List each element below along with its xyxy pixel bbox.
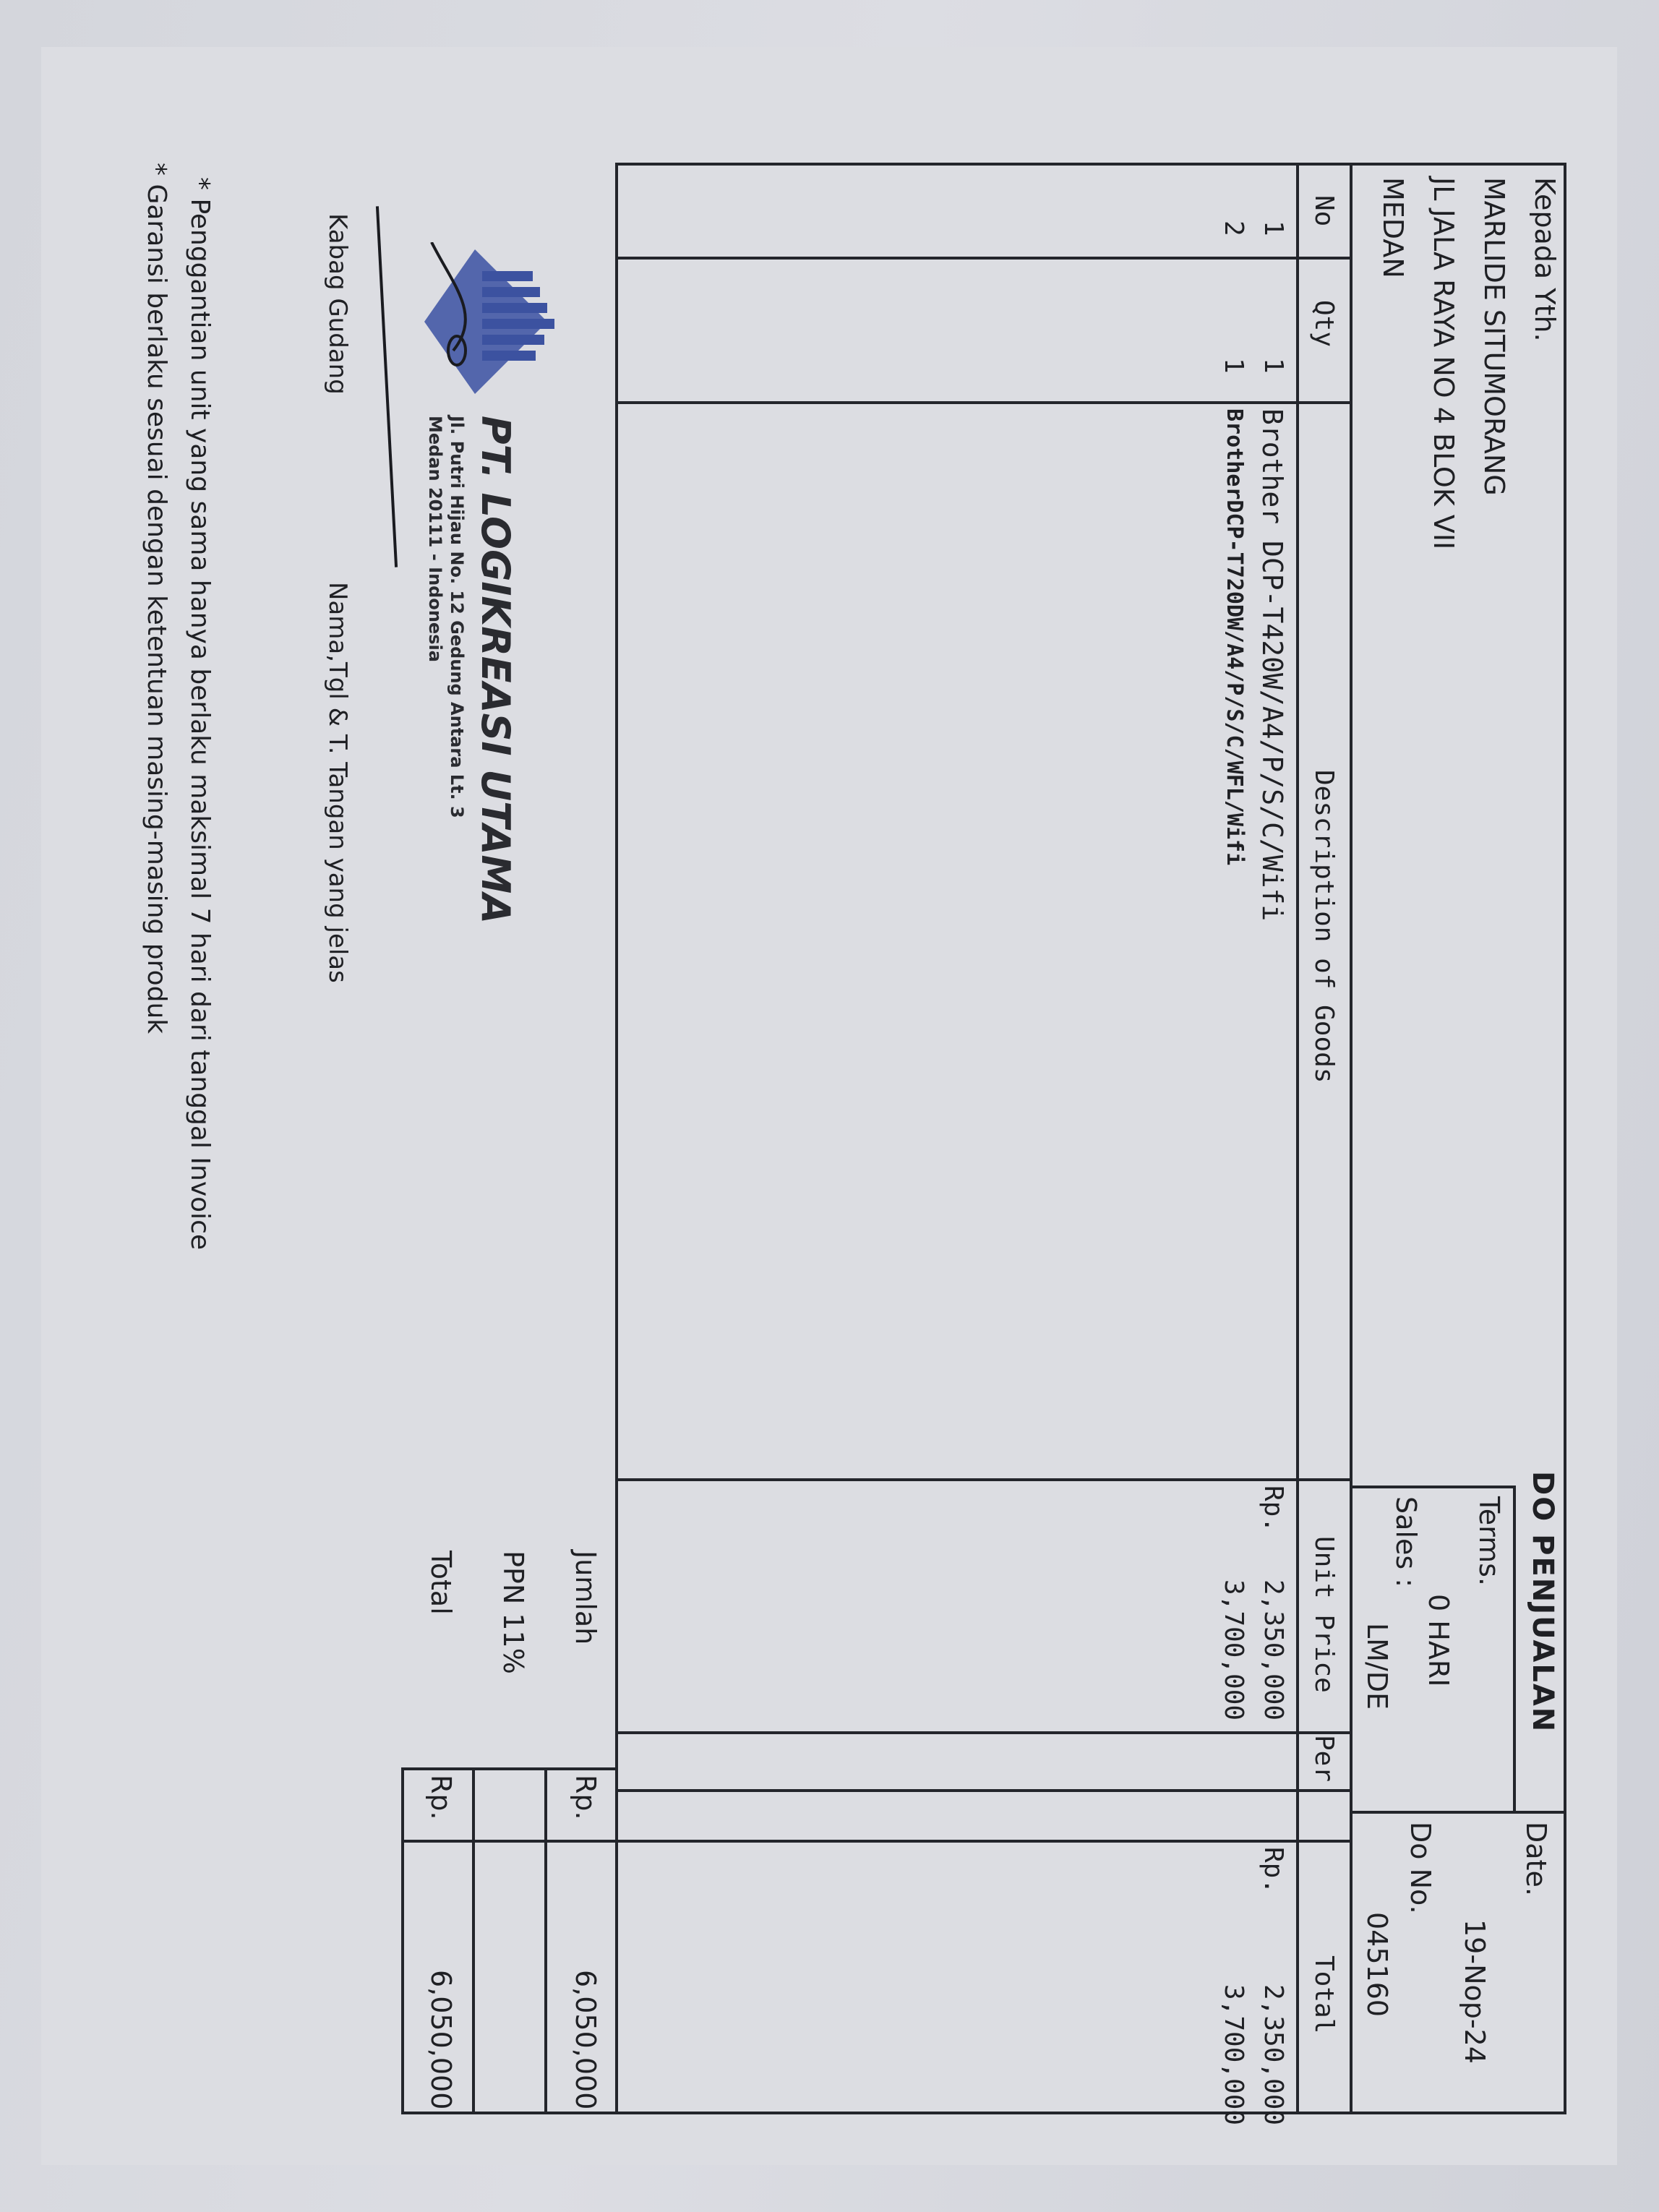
col-divider-price: [615, 1731, 1353, 1734]
company-logo-icon: [417, 242, 562, 401]
terms-label: Terms.: [1473, 1496, 1505, 1586]
col-divider-cur: [615, 1840, 1353, 1843]
col-divider-qty: [615, 401, 1353, 404]
company-name: PT. LOGIKREASI UTAMA: [473, 416, 518, 924]
sign-hint: Nama,Tgl & T. Tangan yang jelas: [323, 582, 352, 983]
summary-divider-1: [544, 1767, 547, 2114]
row-1-total: 2,350,000: [1259, 1984, 1288, 2125]
total-label: Total: [425, 1551, 457, 1615]
delivery-order-paper: DO PENJUALAN Kepada Yth. MARLIDE SITUMOR…: [41, 47, 1617, 2165]
company-address-line2: Medan 20111 - Indonesia: [424, 416, 446, 662]
jumlah-label: Jumlah: [570, 1551, 601, 1645]
do-no-label: Do No.: [1405, 1822, 1436, 1914]
recipient-address: JL JALA RAYA NO 4 BLOK VII: [1428, 177, 1459, 549]
total-currency: Rp.: [425, 1775, 457, 1820]
company-logo: [417, 242, 562, 401]
row-2-description: BrotherDCP-T720DW/A4/P/S/C/WFL/Wifi: [1222, 408, 1247, 865]
header-qty: Qty: [1309, 300, 1339, 347]
header-unit-price: Unit Price: [1309, 1536, 1339, 1693]
row-2-no: 2: [1219, 220, 1248, 236]
ppn-label: PPN 11%: [497, 1551, 529, 1674]
items-header-divider: [1296, 163, 1299, 2114]
company-address-line1: Jl. Putri Hijau No. 12 Gedung Antara Lt.…: [446, 416, 468, 818]
do-no-value: 045160: [1361, 1912, 1393, 2017]
kabag-gudang-label: Kabag Gudang: [323, 213, 352, 395]
row-1-unit-price: 2,350,000: [1259, 1579, 1288, 1720]
note-2: * Garansi berlaku sesuai dengan ketentua…: [142, 163, 171, 1034]
col-divider-per: [615, 1789, 1353, 1792]
col-divider-desc: [615, 1478, 1353, 1481]
row-1-currency: Rp.: [1259, 1486, 1288, 1532]
row-2-total: 3,700,000: [1219, 1984, 1248, 2125]
recipient-name: MARLIDE SITUMORANG: [1478, 177, 1510, 496]
header-total: Total: [1309, 1955, 1339, 2033]
signature-stroke: [376, 206, 398, 567]
row-2-qty: 1: [1219, 358, 1248, 374]
row-2-unit-price: 3,700,000: [1219, 1579, 1248, 1720]
note-1: * Penggantian unit yang sama hanya berla…: [185, 177, 215, 1250]
row-1-description: Brother DCP-T420W/A4/P/S/C/Wifi: [1256, 408, 1288, 921]
row-1-qty: 1: [1259, 358, 1288, 374]
recipient-label: Kepada Yth.: [1529, 177, 1561, 342]
header-no: No: [1309, 195, 1339, 226]
sales-label: Sales :: [1390, 1496, 1422, 1587]
date-label: Date.: [1520, 1822, 1552, 1896]
row-1-total-currency: Rp.: [1259, 1847, 1288, 1894]
delivery-order-sheet: DO PENJUALAN Kepada Yth. MARLIDE SITUMOR…: [92, 134, 1574, 2151]
row-1-no: 1: [1259, 220, 1288, 236]
summary-divider-2: [472, 1767, 475, 2114]
col-divider-no: [615, 257, 1353, 260]
recipient-city: MEDAN: [1377, 177, 1409, 278]
title-underline: [1513, 1486, 1516, 1811]
sales-value: LM/DE: [1361, 1623, 1393, 1710]
date-value: 19-Nop-24: [1459, 1919, 1491, 2064]
header-divider-1: [1350, 1486, 1516, 1488]
jumlah-value: 6,050,000: [570, 1970, 601, 2109]
summary-currency-divider: [401, 1840, 618, 1843]
total-value: 6,050,000: [425, 1970, 457, 2109]
header-divider-2: [1350, 1811, 1566, 1814]
header-per: Per: [1309, 1735, 1339, 1782]
header-description: Description of Goods: [1309, 770, 1339, 1083]
terms-value: 0 HARI: [1423, 1594, 1454, 1686]
jumlah-currency: Rp.: [570, 1775, 601, 1820]
